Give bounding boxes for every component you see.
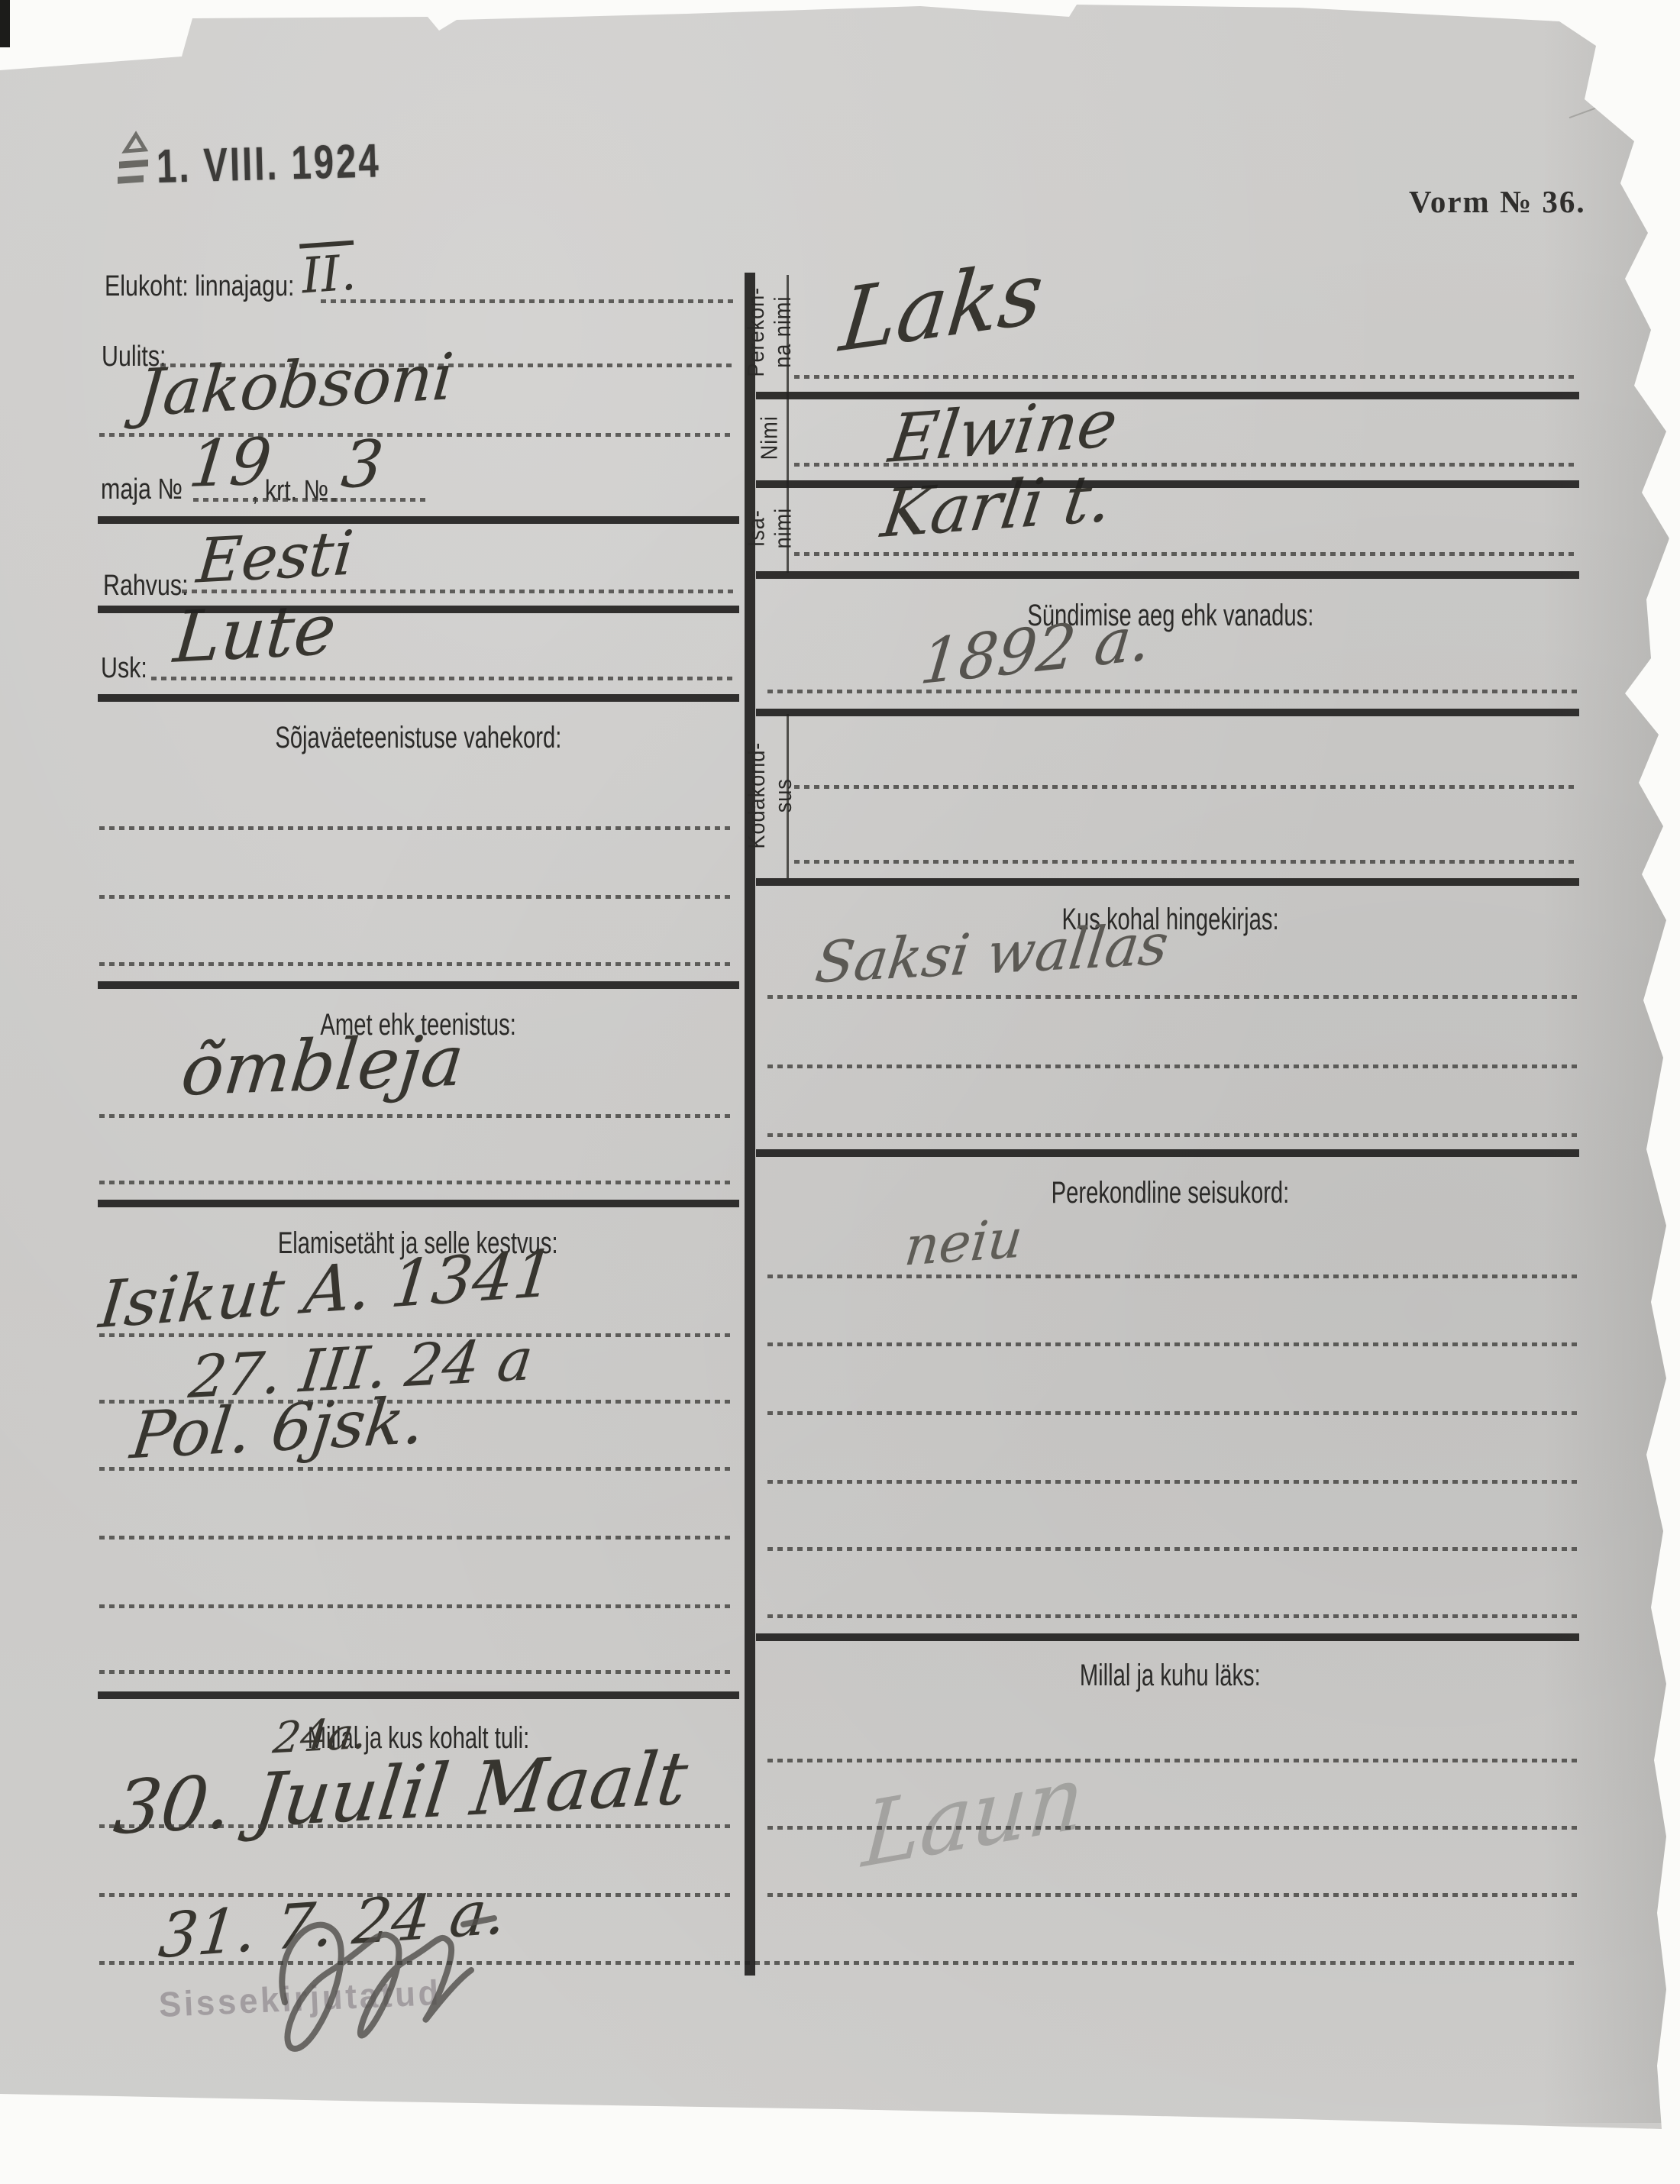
date-received-text: 1. VIII. 1924 (156, 134, 381, 194)
rule-thick (756, 392, 1579, 399)
header-sundimise-aeg: Sündimise aeg ehk vanadus: (764, 599, 1577, 633)
hw-krt-nr: 3 (339, 431, 386, 497)
label-perekonna-nimi: Perekon- na nimi (751, 273, 789, 392)
label-usk: Usk: (101, 652, 159, 685)
rule-thick (756, 480, 1579, 488)
rule-thick (98, 606, 739, 613)
rule-thick (756, 1149, 1579, 1157)
stamp-fragment-icon (115, 131, 154, 199)
rule-dotted (99, 433, 733, 437)
rule-dotted (794, 552, 1577, 556)
rule-thick (98, 1200, 739, 1207)
hw-hingekirjas: Saksi wallas (813, 916, 1171, 992)
rule-dotted (99, 1670, 733, 1674)
rule-dotted (767, 1547, 1577, 1551)
rule-dotted (767, 1893, 1577, 1897)
hw-tuli-1: 30. Juulil Maalt (111, 1741, 692, 1845)
date-received-stamp: 1. VIII. 1924 (156, 132, 452, 194)
rule-dotted (99, 1114, 733, 1118)
signature-scrawl (263, 1880, 500, 2067)
rule-dotted (99, 1604, 733, 1608)
label-nimi: Nimi (751, 395, 789, 480)
rule-thick (756, 571, 1579, 579)
hw-amet: õmbleja (178, 1026, 467, 1106)
rule-dotted (767, 690, 1577, 693)
rule-dotted (794, 860, 1577, 864)
torn-edge-shadow (1543, 15, 1669, 2123)
rule-dotted (767, 995, 1577, 999)
label-isa-nimi: Isa- nimi (751, 485, 789, 571)
rule-dotted (767, 1133, 1577, 1137)
label-kodakondsus: Kodakond- sus (751, 712, 789, 878)
rule-dotted (99, 1536, 733, 1539)
rule-dotted (767, 1759, 1577, 1762)
rule-dotted (99, 1893, 733, 1897)
rule-dotted (160, 363, 733, 367)
rule-dotted (99, 826, 733, 830)
rule-thick (98, 1691, 739, 1699)
rule-dotted (767, 1275, 1577, 1278)
hw-perekonnanimi: Laks (836, 249, 1047, 365)
rule-thick (98, 694, 739, 702)
rule-dotted (182, 590, 733, 593)
rule-dotted (99, 1181, 733, 1184)
header-sojavaeteenistuse: Sõjaväeteenistuse vahekord: (99, 721, 737, 755)
rule-dotted (151, 677, 733, 680)
scanner-edge-artifact (0, 0, 10, 47)
hw-isanimi: Karli t. (877, 465, 1116, 548)
hw-seisukord: neiu (902, 1211, 1025, 1273)
rule-dotted (99, 1824, 733, 1828)
rule-dotted (767, 1614, 1577, 1618)
rule-thick (98, 516, 739, 524)
rule-dotted (794, 463, 1577, 467)
scan-background: 1. VIII. 1924 Vorm № 36. Elukoht: linnaj… (0, 0, 1680, 2184)
rule-dotted (767, 1065, 1577, 1068)
rule-dotted (99, 1961, 1577, 1965)
rule-dotted (767, 1411, 1577, 1415)
paper-sheet: 1. VIII. 1924 Vorm № 36. Elukoht: linnaj… (0, 0, 1680, 2184)
rule-thick (756, 878, 1579, 886)
rule-dotted (794, 375, 1577, 379)
rule-dotted (321, 299, 733, 303)
hw-nimi: Elwine (885, 390, 1121, 473)
hw-uulits: Jakobsoni (135, 344, 456, 425)
hw-linnajagu: II. (300, 249, 357, 302)
rule-dotted (767, 1342, 1577, 1346)
hw-millal-laks: Laun (860, 1753, 1087, 1882)
rule-dotted (99, 1467, 733, 1471)
rule-thick (98, 981, 739, 989)
rule-dotted (99, 895, 733, 899)
rule-dotted (794, 785, 1577, 789)
rule-dotted (331, 498, 430, 502)
hw-maja-nr: 19 (186, 429, 275, 496)
hw-rahvus: Eesti (195, 522, 356, 592)
header-millal-laks: Millal ja kuhu läks: (764, 1659, 1577, 1693)
rule-thick (756, 709, 1579, 716)
rule-dotted (767, 1826, 1577, 1830)
rule-thick (756, 1633, 1579, 1641)
rule-dotted (193, 498, 338, 502)
header-seisukord: Perekondline seisukord: (764, 1176, 1577, 1210)
rule-dotted (99, 1333, 733, 1337)
rule-dotted (767, 1480, 1577, 1484)
rule-dotted (99, 962, 733, 966)
rule-dotted (99, 1400, 733, 1404)
